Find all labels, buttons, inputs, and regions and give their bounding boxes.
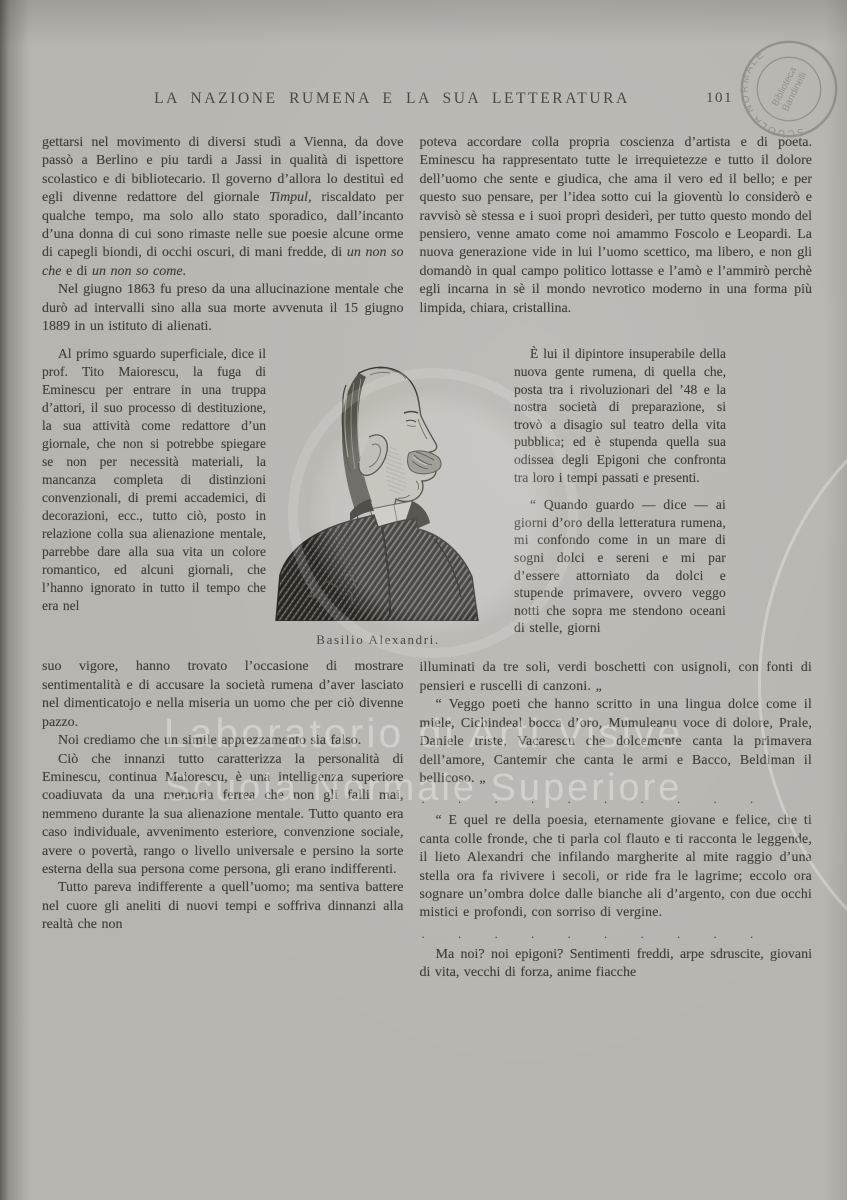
scanned-book-page: Laboratorio di Arti Visive Scuola Normal…	[0, 0, 847, 1200]
left-column-narrow: Al primo sguardo superficiale, dice il p…	[42, 345, 266, 615]
right-column: illuminati da tre soli, verdi boschetti …	[420, 658, 812, 982]
portrait-figure: Basilio Alexandri.	[266, 349, 490, 648]
text-band-bottom: suo vigore, hanno trovato l’occasione di…	[42, 658, 812, 982]
paragraph-text: e di	[61, 264, 92, 279]
page-number: 101	[706, 90, 733, 107]
paragraph: È lui il dipintore insuperabile della nu…	[514, 345, 726, 486]
left-column: gettarsi nel movimento di diversi studì …	[42, 134, 404, 336]
right-column-narrow: È lui il dipintore insuperabile della nu…	[514, 345, 726, 637]
text-band-top: gettarsi nel movimento di diversi studì …	[42, 134, 812, 336]
paragraph: Al primo sguardo superficiale, dice il p…	[42, 345, 266, 615]
paragraph: Ciò che innanzi tutto caratterizza la pe…	[42, 751, 404, 880]
quotation-paragraph: “ Veggo poeti che hanno scritto in una l…	[420, 695, 812, 787]
ellipsis-separator: . . . . . . . . . .	[422, 792, 810, 806]
portrait-caption: Basilio Alexandri.	[266, 632, 490, 648]
paragraph: Ma noi? noi epigoni? Sentimenti freddi, …	[420, 946, 812, 983]
paragraph: gettarsi nel movimento di diversi studì …	[42, 134, 404, 281]
page-header: LA NAZIONE RUMENA E LA SUA LETTERATURA 1…	[42, 0, 812, 118]
quotation-paragraph: illuminati da tre soli, verdi boschetti …	[420, 658, 812, 695]
paragraph: suo vigore, hanno trovato l’occasione di…	[42, 658, 404, 732]
paragraph: poteva accordare colla propria coscienza…	[420, 134, 812, 318]
quotation-paragraph: “ Quando guardo — dice — ai giorni d’oro…	[514, 496, 726, 637]
ellipsis-separator: . . . . . . . . . .	[422, 927, 810, 941]
quotation-paragraph: “ E quel re della poesia, eternamente gi…	[420, 811, 812, 921]
italic-phrase: un non so come	[92, 264, 183, 279]
text-band-portrait: Al primo sguardo superficiale, dice il p…	[42, 345, 812, 648]
paragraph: Tutto pareva indifferente a quell’uomo; …	[42, 879, 404, 934]
paragraph: Nel giugno 1863 fu preso da una allucina…	[42, 281, 404, 336]
paragraph: Noi crediamo che un simile apprezzamento…	[42, 732, 404, 750]
running-title: LA NAZIONE RUMENA E LA SUA LETTERATURA	[42, 90, 742, 108]
left-column: suo vigore, hanno trovato l’occasione di…	[42, 658, 404, 982]
right-column: poteva accordare colla propria coscienza…	[420, 134, 812, 336]
italic-title: Timpul	[269, 190, 308, 205]
portrait-engraving	[266, 349, 490, 621]
paragraph-text: .	[183, 264, 187, 279]
